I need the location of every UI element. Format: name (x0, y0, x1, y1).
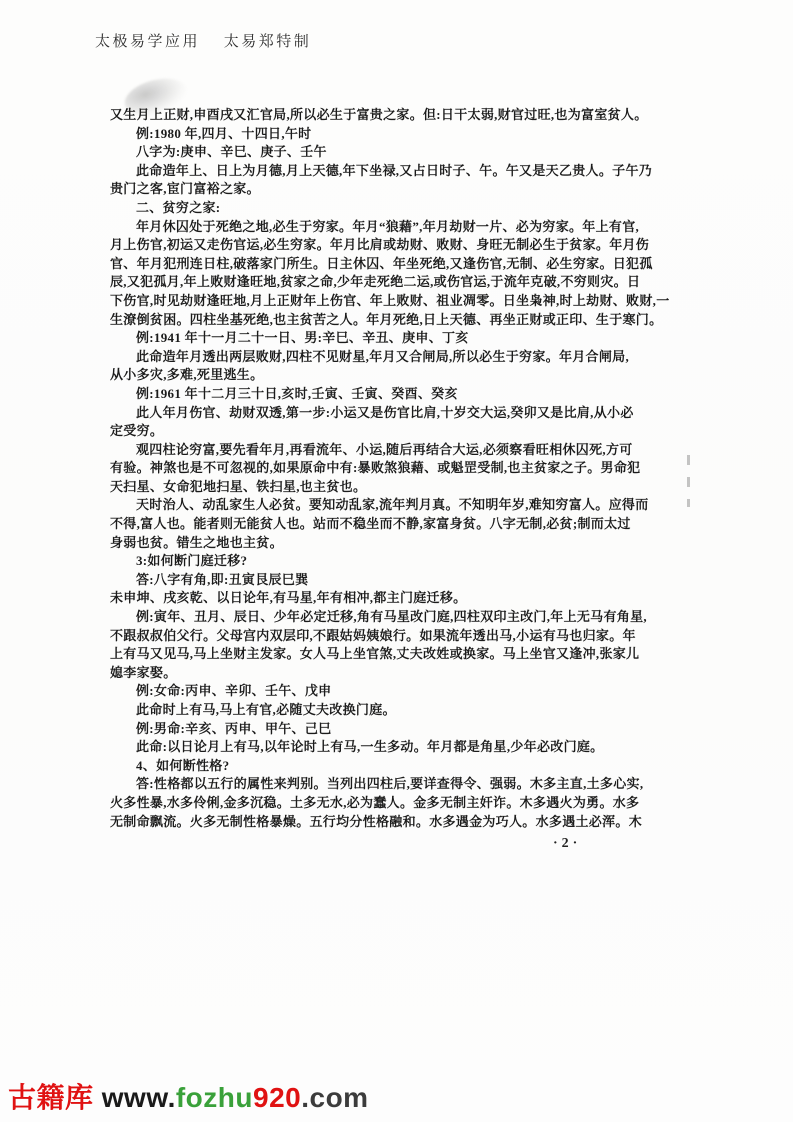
text-line: 例:男命:辛亥、丙申、甲午、己巳 (110, 720, 690, 739)
text-line: 无制命飘流。火多无制性格暴燥。五行均分性格融和。水多遇金为巧人。水多遇土必浑。木 (110, 813, 690, 832)
text-line: 例:1961 年十二月三十日,亥时,壬寅、壬寅、癸酉、癸亥 (110, 385, 690, 404)
text-line: 4、如何断性格? (110, 757, 690, 776)
text-line: 天时治人、动乱家生人必贫。要知动乱家,流年判月真。不知明年岁,难知穷富人。应得而 (110, 496, 690, 515)
text-line: 官、年月犯刑连日柱,破落家门所生。日主休囚、年坐死绝,又逢伤官,无制、必生穷家。… (110, 255, 690, 274)
text-line: 身弱也贫。错生之地也主贫。 (110, 534, 690, 553)
text-line: 此命时上有马,马上有官,必随丈夫改换门庭。 (110, 701, 690, 720)
text-line: 火多性暴,水多伶俐,金多沉稳。土多无水,必为蠢人。金多无制主奸诈。木多遇火为勇。… (110, 794, 690, 813)
watermark-segment: fozhu (176, 1082, 253, 1113)
text-line: 例:寅年、丑月、辰日、少年必定迁移,角有马星改门庭,四柱双印主改门,年上无马有角… (110, 608, 690, 627)
text-line: 不得,富人也。能者则无能贫人也。站而不稳坐而不静,家富身贫。八字无制,必贫;制而… (110, 515, 690, 534)
text-line: 二、贫穷之家: (110, 199, 690, 218)
text-line: 未申坤、戌亥乾、以日论年,有马星,年有相冲,都主门庭迁移。 (110, 589, 690, 608)
watermark: 古籍库 www.fozhu920.com (8, 1076, 369, 1116)
text-line: 答:性格都以五行的属性来判别。当列出四柱后,要详查得令、强弱。木多主直,土多心实… (110, 775, 690, 794)
text-line: 生潦倒贫困。四柱坐基死绝,也主贫苦之人。年月死绝,日上天德、再坐正财或正印、生于… (110, 311, 690, 330)
text-line: 例:1980 年,四月、十四日,午时 (110, 125, 690, 144)
text-line: 上有马又见马,马上坐财主发家。女人马上坐官煞,丈夫改姓或换家。马上坐官又逢冲,张… (110, 645, 690, 664)
scan-edge-artifact (687, 455, 690, 507)
text-line: 此命:以日论月上有马,以年论时上有马,一生多动。年月都是角星,少年必改门庭。 (110, 738, 690, 757)
watermark-segment: www. (102, 1082, 176, 1113)
text-line: 定受穷。 (110, 422, 690, 441)
text-line: 例:1941 年十一月二十一日、男:辛巳、辛丑、庚申、丁亥 (110, 329, 690, 348)
page-number: ·2· (553, 836, 581, 852)
text-line: 天扫星、女命犯地扫星、铁扫星,也主贫也。 (110, 478, 690, 497)
watermark-segment: 古籍库 (8, 1082, 102, 1113)
text-line: 答:八字有角,即:丑寅艮辰巳巽 (110, 571, 690, 590)
text-line: 此命造年月透出两层败财,四柱不见财星,年月又合闸局,所以必生于穷家。年月合闸局, (110, 348, 690, 367)
watermark-segment: .com (301, 1082, 368, 1113)
text-line: 从小多灾,多难,死里逃生。 (110, 366, 690, 385)
text-line: 观四柱论穷富,要先看年月,再看流年、小运,随后再结合大运,必须察看旺相休囚死,方… (110, 441, 690, 460)
text-line: 此命造年上、日上为月德,月上天德,年下坐禄,又占日时子、午。午又是天乙贵人。子午… (110, 162, 690, 181)
text-line: 月上伤官,初运又走伤官运,必生穷家。年月比肩或劫财、败财、身旺无制必生于贫家。年… (110, 236, 690, 255)
scanned-page: 太极易学应用 太易郑特制 又生月上正财,申酉戌又汇官局,所以必生于富贵之家。但:… (0, 0, 793, 1122)
text-line: 有验。神煞也是不可忽视的,如果原命中有:暴败煞狼藉、或魁罡受制,也主贫家之子。男… (110, 459, 690, 478)
text-line: 例:女命:丙申、辛卯、壬午、戊申 (110, 682, 690, 701)
body-text: 又生月上正财,申酉戌又汇官局,所以必生于富贵之家。但:日干太弱,财官过旺,也为富… (110, 106, 690, 831)
text-line: 贵门之客,宦门富裕之家。 (110, 180, 690, 199)
text-line: 下伤官,时见劫财逢旺地,月上正财年上伤官、年上败财、祖业凋零。日坐枭神,时上劫财… (110, 292, 690, 311)
text-line: 年月休囚处于死绝之地,必生于穷家。年月“狼藉”,年月劫财一片、必为穷家。年上有官… (110, 218, 690, 237)
text-line: 3:如何断门庭迁移? (110, 552, 690, 571)
text-line: 八字为:庚申、辛巳、庚子、壬午 (110, 143, 690, 162)
text-line: 此人年月伤官、劫财双透,第一步:小运又是伤官比肩,十岁交大运,癸卯又是比肩,从小… (110, 404, 690, 423)
text-line: 辰,又犯孤月,年上败财逢旺地,贫家之命,少年走死绝二运,或伤官运,于流年克破,不… (110, 273, 690, 292)
text-line: 又生月上正财,申酉戌又汇官局,所以必生于富贵之家。但:日干太弱,财官过旺,也为富… (110, 106, 690, 125)
watermark-segment: 920 (253, 1082, 301, 1113)
text-line: 不跟叔叔伯父行。父母宫内双层印,不跟姑妈姨娘行。如果流年透出马,小运有马也归家。… (110, 627, 690, 646)
page-header: 太极易学应用 太易郑特制 (95, 30, 311, 51)
text-line: 媳李家娶。 (110, 664, 690, 683)
